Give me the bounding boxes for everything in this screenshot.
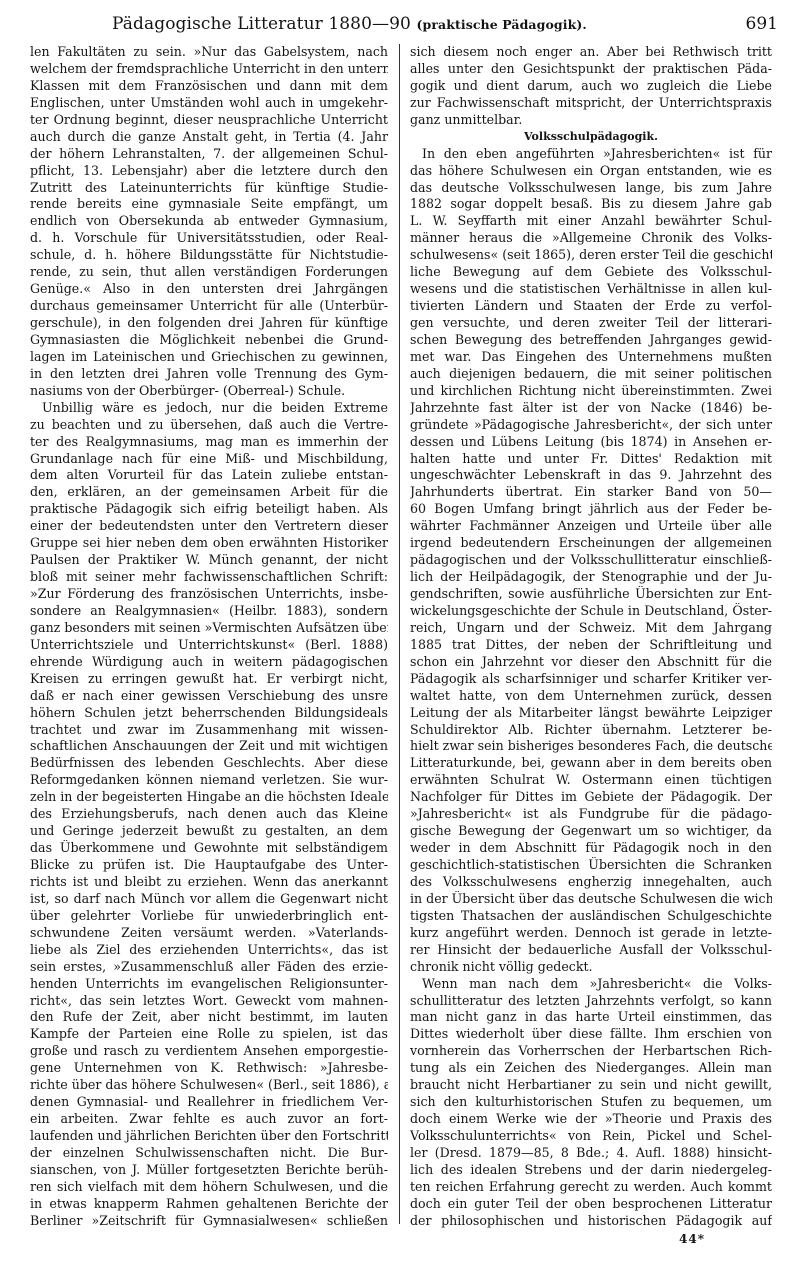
text-line: 60 Bogen Umfang bringt jährlich aus der … bbox=[410, 501, 772, 518]
text-line: schullitteratur des letzten Jahrzehnts v… bbox=[410, 993, 772, 1010]
text-line: weder in dem Abschnitt für Pädagogik noc… bbox=[410, 840, 772, 857]
text-line: des Volksschulwesens engherzig innegehal… bbox=[410, 874, 772, 891]
text-line: der einzelnen Schulwissenschaften nicht.… bbox=[30, 1145, 388, 1162]
text-line: tivierten Ländern und Staaten der Erde z… bbox=[410, 298, 772, 315]
text-line: durchaus gemeinsamer Unterricht für alle… bbox=[30, 298, 388, 315]
text-line: gogik und dient darum, auch wo zugleich … bbox=[410, 78, 772, 95]
text-line: sich den kulturhistorischen Stufen zu be… bbox=[410, 1094, 772, 1111]
text-line: len Fakultäten zu sein. »Nur das Gabelsy… bbox=[30, 44, 388, 61]
text-line: met war. Das Eingehen des Unternehmens m… bbox=[410, 349, 772, 366]
text-line: Nachfolger für Dittes im Gebiete der Päd… bbox=[410, 789, 772, 806]
text-line: Grundanlage nach für eine Miß- und Misch… bbox=[30, 451, 388, 468]
text-line: laufenden und jährlichen Berichten über … bbox=[30, 1128, 388, 1145]
text-line: denen Gymnasial- und Reallehrer in fried… bbox=[30, 1094, 388, 1111]
text-line: sich diesem noch enger an. Aber bei Reth… bbox=[410, 44, 772, 61]
header-title: Pädagogische Litteratur 1880—90 (praktis… bbox=[112, 14, 587, 34]
text-line: gische Bewegung der Gegenwart um so wich… bbox=[410, 823, 772, 840]
text-line: und Geringe jederzeit bewußt zu gestalte… bbox=[30, 823, 388, 840]
text-line: schaftlichen Anschauungen der Zeit und m… bbox=[30, 738, 388, 755]
text-line: gene Unternehmen von K. Rethwisch: »Jahr… bbox=[30, 1060, 388, 1077]
text-line: Zutritt des Lateinunterrichts für künfti… bbox=[30, 180, 388, 197]
text-line: kurz angeführt werden. Dennoch ist gerad… bbox=[410, 925, 772, 942]
text-line: Gymnasiasten die Möglichkeit nebenbei di… bbox=[30, 332, 388, 349]
text-line: richt«, das sein letztes Wort. Geweckt v… bbox=[30, 993, 388, 1010]
text-line: endlich von Obersekunda ab entweder Gymn… bbox=[30, 213, 388, 230]
left-column: len Fakultäten zu sein. »Nur das Gabelsy… bbox=[30, 44, 388, 1230]
text-line: halten hatte und unter Fr. Dittes' Redak… bbox=[410, 451, 772, 468]
text-line: Klassen mit dem Französischen und dann m… bbox=[30, 78, 388, 95]
right-column: sich diesem noch enger an. Aber bei Reth… bbox=[410, 44, 772, 1230]
text-line: »Zur Förderung des französischen Unterri… bbox=[30, 586, 388, 603]
text-line: Gruppe sei hier neben dem oben erwähnten… bbox=[30, 535, 388, 552]
text-line: Kreisen zu erringen gewußt hat. Er verbi… bbox=[30, 671, 388, 688]
text-line: auch diejenigen bedauern, die mit seiner… bbox=[410, 366, 772, 383]
text-line: vornherein das Vorherrschen der Herbarts… bbox=[410, 1043, 772, 1060]
text-line: des Erziehungsberufs, nach denen auch da… bbox=[30, 806, 388, 823]
text-line: erwähnten Schulrat W. Ostermann einen tü… bbox=[410, 772, 772, 789]
text-line: Wenn man nach dem »Jahresbericht« die Vo… bbox=[410, 976, 772, 993]
text-line: Leitung der als Mitarbeiter längst bewäh… bbox=[410, 705, 772, 722]
text-line: praktische Pädagogik sich eifrig beteili… bbox=[30, 501, 388, 518]
text-line: zu beachten und zu übersehen, daß auch d… bbox=[30, 417, 388, 434]
text-line: irgend bedeutendern Erscheinungen der al… bbox=[410, 535, 772, 552]
text-line: wickelungsgeschichte der Schule in Deuts… bbox=[410, 603, 772, 620]
text-line: in den letzten drei Jahren volle Trennun… bbox=[30, 366, 388, 383]
text-line: man nicht ganz in das harte Urteil einst… bbox=[410, 1009, 772, 1026]
text-line: Litteraturkunde, bei, gewann aber in dem… bbox=[410, 755, 772, 772]
text-line: gen versuchte, und deren zweiter Teil de… bbox=[410, 315, 772, 332]
text-line: Jahrzehnte fast älter ist der von Nacke … bbox=[410, 400, 772, 417]
text-line: ungeschwächter Lebenskraft in das 9. Jah… bbox=[410, 467, 772, 484]
text-line: den Rufe der Zeit, aber nicht bestimmt, … bbox=[30, 1009, 388, 1026]
text-line: liche Bewegung auf dem Gebiete des Volks… bbox=[410, 264, 772, 281]
text-line: dessen und Lübens Leitung (bis 1874) in … bbox=[410, 434, 772, 451]
text-line: Volksschulunterrichts« von Rein, Pickel … bbox=[410, 1128, 772, 1145]
text-line: lich des idealen Strebens und der darin … bbox=[410, 1162, 772, 1179]
text-line: ein arbeiten. Zwar fehlte es auch zuvor … bbox=[30, 1111, 388, 1128]
text-line: richts ist und bleibt zu erziehen. Wenn … bbox=[30, 874, 388, 891]
header-title-main: Pädagogische Litteratur 1880—90 bbox=[112, 14, 411, 34]
text-line: ler (Dresd. 1879—85, 8 Bde.; 4. Aufl. 18… bbox=[410, 1145, 772, 1162]
text-line: einer der bedeutendsten unter den Vertre… bbox=[30, 518, 388, 535]
text-line: Dittes wiederholt über diese fällte. Ihm… bbox=[410, 1026, 772, 1043]
text-line: Unterrichtsziele und Unterrichtskunst« (… bbox=[30, 637, 388, 654]
text-line: braucht nicht Herbartianer zu sein und n… bbox=[410, 1077, 772, 1094]
text-line: richte über das höhere Schulwesen« (Berl… bbox=[30, 1077, 388, 1094]
text-line: in etwas knapperm Rahmen gehaltenen Beri… bbox=[30, 1196, 388, 1213]
text-line: tigsten Thatsachen der ausländischen Sch… bbox=[410, 908, 772, 925]
text-line: Englischen, unter Umständen wohl auch in… bbox=[30, 95, 388, 112]
text-line: über gelehrter Vorliebe für unwiederbrin… bbox=[30, 908, 388, 925]
text-line: pädagogischen und der Volksschullitterat… bbox=[410, 552, 772, 569]
text-line: doch ein guter Teil der oben besprochene… bbox=[410, 1196, 772, 1213]
text-line: rende bereits eine gymnasiale Seite empf… bbox=[30, 196, 388, 213]
text-line: schwundene Zeiten versäumt werden. »Vate… bbox=[30, 925, 388, 942]
text-line: daß er nach einer gewissen Verschiebung … bbox=[30, 688, 388, 705]
column-divider bbox=[399, 44, 400, 1224]
text-line: wesens und die statistischen Verhältniss… bbox=[410, 281, 772, 298]
text-line: nasiums von der Oberbürger- (Oberreal-) … bbox=[30, 383, 388, 400]
text-line: Bedürfnissen des lebenden Geschlechts. A… bbox=[30, 755, 388, 772]
text-line: ten reichen Erfahrung gerecht zu werden.… bbox=[410, 1179, 772, 1196]
text-line: auch durch die ganze Anstalt geht, in Te… bbox=[30, 129, 388, 146]
text-line: Berliner »Zeitschrift für Gymnasialwesen… bbox=[30, 1213, 388, 1230]
text-line: Genüge.« Also in den untersten drei Jahr… bbox=[30, 281, 388, 298]
text-line: chronik nicht völlig gedeckt. bbox=[410, 959, 772, 976]
header-subtitle: (praktische Pädagogik). bbox=[416, 17, 586, 32]
text-line: bloß mit seiner mehr fachwissenschaftlic… bbox=[30, 569, 388, 586]
text-line: 1885 trat Dittes, der neben der Schriftl… bbox=[410, 637, 772, 654]
text-line: hielt zwar sein bisheriges besonderes Fa… bbox=[410, 738, 772, 755]
text-line: henden Unterrichts im evangelischen Reli… bbox=[30, 976, 388, 993]
text-line: Schuldirektor Alb. Richter übernahm. Let… bbox=[410, 722, 772, 739]
text-line: ganz unmittelbar. bbox=[410, 112, 772, 129]
text-line: ter des Realgymnasiums, mag man es immer… bbox=[30, 434, 388, 451]
text-line: schulwesens« (seit 1865), deren erster T… bbox=[410, 247, 772, 264]
text-line: ist, so darf nach Münch vor allem die Ge… bbox=[30, 891, 388, 908]
text-line: schen Bewegung des betreffenden Jahrgang… bbox=[410, 332, 772, 349]
text-line: schule, d. h. höhere Bildungsstätte für … bbox=[30, 247, 388, 264]
text-line: männer heraus die »Allgemeine Chronik de… bbox=[410, 230, 772, 247]
text-line: alles unter den Gesichtspunkt der prakti… bbox=[410, 61, 772, 78]
text-line: waltet hatte, von dem Unternehmen zurück… bbox=[410, 688, 772, 705]
text-line: Unbillig wäre es jedoch, nur die beiden … bbox=[30, 400, 388, 417]
page-number: 691 bbox=[746, 14, 778, 34]
text-line: trachtet und zwar im Zusammenhang mit wi… bbox=[30, 722, 388, 739]
text-line: der philosophischen und historischen Päd… bbox=[410, 1213, 772, 1230]
text-line: dem alten Vorurteil für das Latein zulie… bbox=[30, 467, 388, 484]
text-line: ren sich vielfach mit dem höhern Schulwe… bbox=[30, 1179, 388, 1196]
text-line: ganz besonders mit seinen »Vermischten A… bbox=[30, 620, 388, 637]
text-line: sein erstes, »Zusammenschluß aller Fäden… bbox=[30, 959, 388, 976]
signature-mark: 44* bbox=[679, 1232, 705, 1246]
text-line: zur Fachwissenschaft mitspricht, der Unt… bbox=[410, 95, 772, 112]
running-header: Pädagogische Litteratur 1880—90 (praktis… bbox=[0, 14, 800, 38]
text-line: das höhere Schulwesen ein Organ entstand… bbox=[410, 163, 772, 180]
text-line: geschichtlich-statistischen Übersichten … bbox=[410, 857, 772, 874]
text-line: zeln in der begeisterten Hingabe an die … bbox=[30, 789, 388, 806]
text-line: das Überkommene und Gewohnte mit selbstä… bbox=[30, 840, 388, 857]
text-line: den, erklären, an der gemeinsamen Arbeit… bbox=[30, 484, 388, 501]
text-line: sondere an Realgymnasien« (Heilbr. 1883)… bbox=[30, 603, 388, 620]
text-line: Blicke zu prüfen ist. Die Hauptaufgabe d… bbox=[30, 857, 388, 874]
text-line: Jahrhunderts übertrat. Ein starker Band … bbox=[410, 484, 772, 501]
text-line: rende, zu sein, thut allen verständigen … bbox=[30, 264, 388, 281]
text-line: gerschule), in den folgenden drei Jahren… bbox=[30, 315, 388, 332]
text-line: der höhern Lehranstalten, 7. der allgeme… bbox=[30, 146, 388, 163]
text-line: rer Hinsicht der bedauerliche Ausfall de… bbox=[410, 942, 772, 959]
text-line: L. W. Seyffarth mit einer Anzahl bewährt… bbox=[410, 213, 772, 230]
text-line: welchem der fremdsprachliche Unterricht … bbox=[30, 61, 388, 78]
text-line: liebe als Ziel des erziehenden Unterrich… bbox=[30, 942, 388, 959]
text-line: Kampfe der Parteien eine Rolle zu spiele… bbox=[30, 1026, 388, 1043]
section-heading: Volksschulpädagogik. bbox=[410, 129, 772, 146]
text-line: in der Übersicht über das deutsche Schul… bbox=[410, 891, 772, 908]
text-line: tung als ein Zeichen des Niederganges. A… bbox=[410, 1060, 772, 1077]
text-line: höhern Schulen jetzt beherrschenden Bild… bbox=[30, 705, 388, 722]
text-line: lagen im Lateinischen und Griechischen z… bbox=[30, 349, 388, 366]
text-line: lich der Heilpädagogik, der Stenographie… bbox=[410, 569, 772, 586]
text-line: reich, Ungarn und der Schweiz. Mit dem J… bbox=[410, 620, 772, 637]
text-line: 1882 sogar doppelt besaß. Bis zu diesem … bbox=[410, 196, 772, 213]
text-line: währter Fachmänner Anzeigen und Urteile … bbox=[410, 518, 772, 535]
text-line: d. h. Vorschule für Universitätsstudien,… bbox=[30, 230, 388, 247]
text-line: Reformgedanken können niemand verletzen.… bbox=[30, 772, 388, 789]
text-line: »Jahresbericht« ist als Fundgrube für di… bbox=[410, 806, 772, 823]
text-line: ter Ordnung beginnt, dieser neusprachlic… bbox=[30, 112, 388, 129]
text-line: sianschen, von J. Müller fortgesetzten B… bbox=[30, 1162, 388, 1179]
text-line: gründete »Pädagogische Jahresbericht«, d… bbox=[410, 417, 772, 434]
text-line: große und rasch zu verdientem Ansehen em… bbox=[30, 1043, 388, 1060]
text-line: das deutsche Volksschulwesen lange, bis … bbox=[410, 180, 772, 197]
text-line: Paulsen der Praktiker W. Münch genannt, … bbox=[30, 552, 388, 569]
text-line: doch einem Werke wie der »Theorie und Pr… bbox=[410, 1111, 772, 1128]
text-line: Pädagogik als scharfsinniger und scharfe… bbox=[410, 671, 772, 688]
text-line: gendschriften, sowie ausführliche Übersi… bbox=[410, 586, 772, 603]
text-line: ehrende Würdigung auch in weitern pädago… bbox=[30, 654, 388, 671]
text-line: und kirchlichen Richtung nicht übereinst… bbox=[410, 383, 772, 400]
text-line: In den eben angeführten »Jahresberichten… bbox=[410, 146, 772, 163]
text-line: pflicht, 13. Lebensjahr) aber die letzte… bbox=[30, 163, 388, 180]
text-line: schon ein Jahrzehnt vor dieser den Absch… bbox=[410, 654, 772, 671]
